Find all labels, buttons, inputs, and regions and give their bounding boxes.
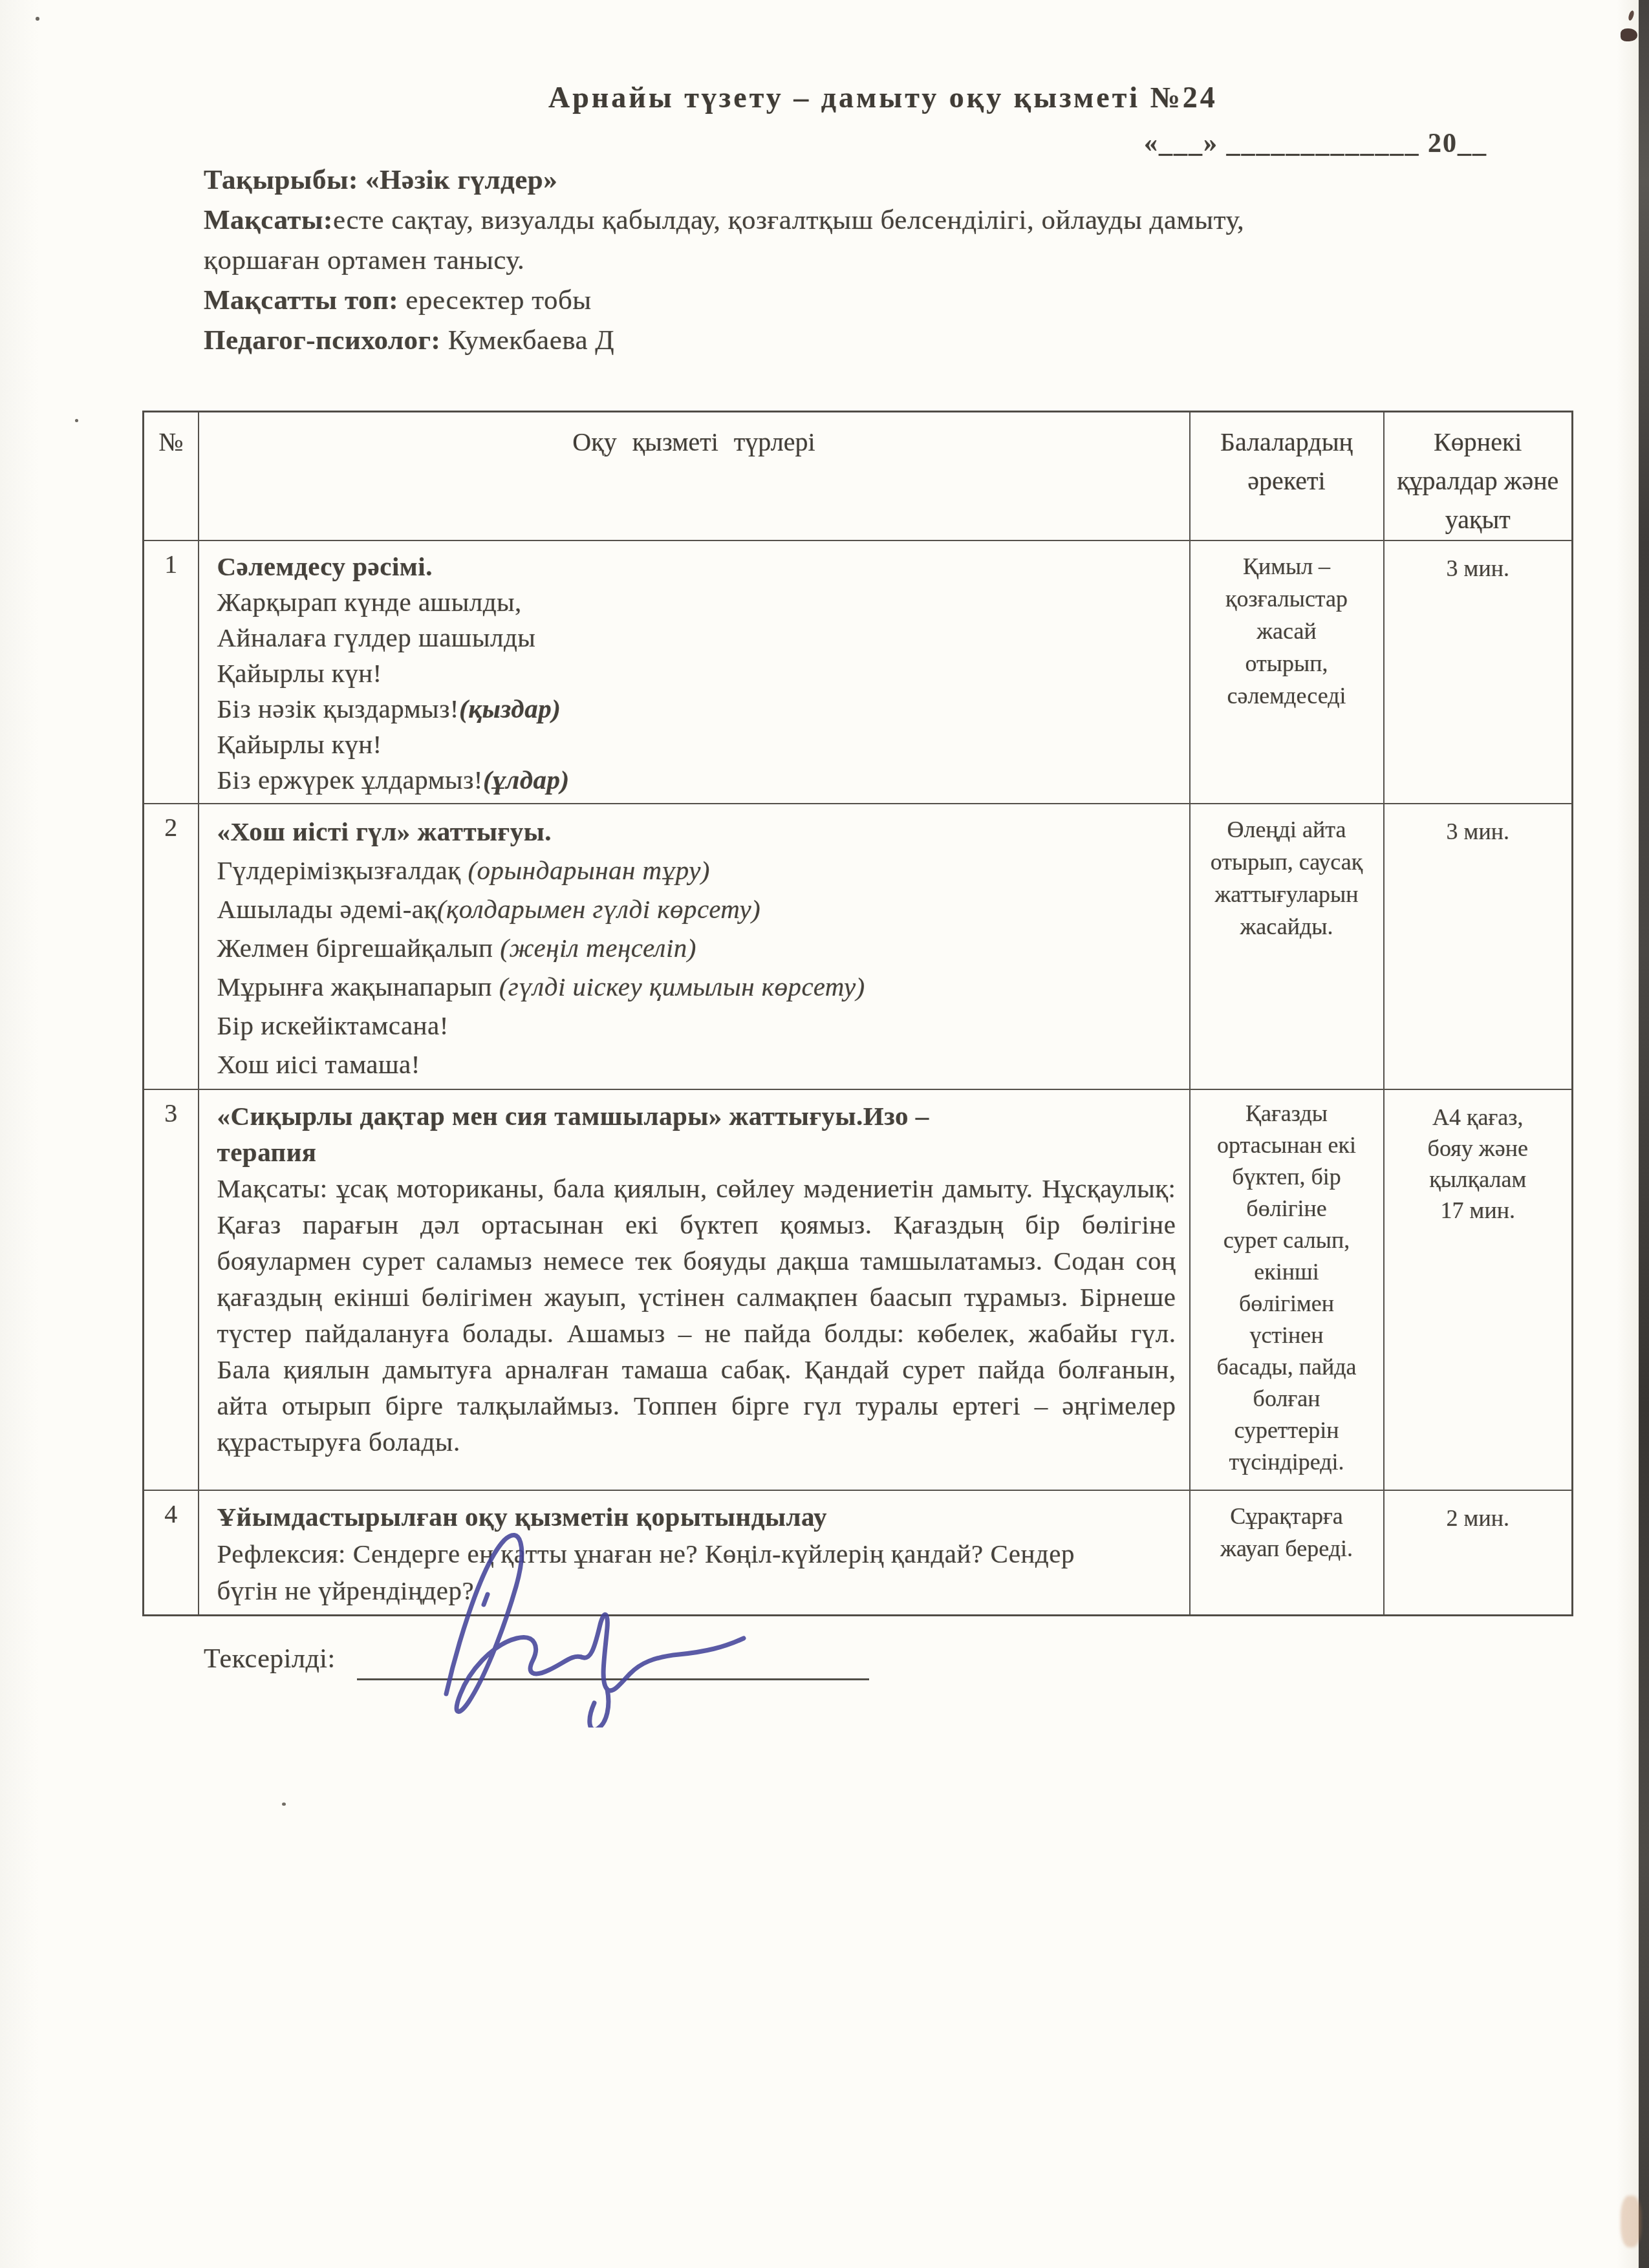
activity-cell: Сәлемдесу рәсімі. Жарқырап күнде ашылды,… [199, 540, 1190, 804]
meta-goal-label: Мақсаты: [204, 205, 333, 235]
activity-line: Гүлдерімізқызғалдақ (орындарынан тұру) [217, 851, 1176, 890]
children-action-cell: Сұрақтарғажауап береді. [1190, 1490, 1384, 1616]
activity-line: Бір искейіктамсана! [217, 1006, 1176, 1045]
visual-time-cell: 3 мин. [1384, 804, 1573, 1089]
handwritten-signature [406, 1527, 755, 1728]
activity-title: «Сиқырлы дақтар мен сия тамшылары» жатты… [217, 1098, 1176, 1134]
meta-psychologist-label: Педагог-психолог: [204, 325, 440, 356]
meta-psychologist-value: Кумекбаева Д [440, 325, 614, 356]
meta-goal-value-2: қоршаған ортамен танысу. [204, 245, 524, 275]
scan-speck [75, 419, 78, 422]
activity-line: Біз ержүрек ұлдармыз!(ұлдар) [217, 762, 1176, 798]
meta-topic: Тақырыбы: «Нәзік гүлдер» [204, 160, 1458, 200]
activity-title: Сәлемдесу рәсімі. [217, 549, 1176, 584]
table-row: 3 «Сиқырлы дақтар мен сия тамшылары» жат… [144, 1089, 1573, 1490]
meta-psychologist: Педагог-психолог: Кумекбаева Д [204, 321, 1458, 361]
date-blank-line: «___» _____________ 20__ [1144, 128, 1487, 159]
col-header-number: № [144, 412, 199, 541]
activity-line: Хош иісі тамаша! [217, 1045, 1176, 1084]
activity-title-continued: терапия [217, 1134, 1176, 1170]
meta-goal-continued: қоршаған ортамен танысу. [204, 241, 1458, 281]
scan-speck [36, 17, 39, 21]
lesson-activities-table: № Оқу қызметі түрлері Балалардың әрекеті… [142, 411, 1573, 1616]
meta-goal-value: есте сақтау, визуалды қабылдау, қозғалтқ… [333, 205, 1244, 235]
activity-title: «Хош иісті гүл» жаттығуы. [217, 812, 1176, 851]
lesson-meta-block: Тақырыбы: «Нәзік гүлдер» Мақсаты:есте са… [204, 160, 1458, 361]
visual-time-cell: 2 мин. [1384, 1490, 1573, 1616]
activity-cell: «Хош иісті гүл» жаттығуы. Гүлдерімізқызғ… [199, 804, 1190, 1089]
row-number: 4 [144, 1490, 199, 1616]
col-header-visual-aids: Көрнекі құралдар және уақыт [1384, 412, 1573, 541]
table-header-row: № Оқу қызметі түрлері Балалардың әрекеті… [144, 412, 1573, 541]
children-action-cell: Өлеңді айтаотырып, саусақжаттығуларынжас… [1190, 804, 1384, 1089]
scan-smudge [1621, 2196, 1641, 2247]
checked-by-label: Тексерілді: [204, 1643, 336, 1674]
scanner-edge-band [1639, 0, 1649, 2268]
meta-goal: Мақсаты:есте сақтау, визуалды қабылдау, … [204, 200, 1458, 241]
scan-speck [282, 1803, 286, 1806]
activity-line: Қайырлы күн! [217, 727, 1176, 762]
children-action-cell: Қимыл –қозғалыстаржасайотырып,сәлемдесед… [1190, 540, 1384, 804]
row-number: 3 [144, 1089, 199, 1490]
activity-line: Жарқырап күнде ашылды, [217, 584, 1176, 620]
scan-speck [1628, 10, 1635, 21]
activity-line: Қайырлы күн! [217, 656, 1176, 691]
col-header-activities: Оқу қызметі түрлері [199, 412, 1190, 541]
table-row: 1 Сәлемдесу рәсімі. Жарқырап күнде ашылд… [144, 540, 1573, 804]
visual-time-cell: А4 қағаз,бояу жәнеқылқалам17 мин. [1384, 1089, 1573, 1490]
meta-topic-value: «Нәзік гүлдер» [358, 165, 557, 195]
row-number: 1 [144, 540, 199, 804]
meta-target-group: Мақсатты топ: ересектер тобы [204, 281, 1458, 321]
activity-cell: «Сиқырлы дақтар мен сия тамшылары» жатты… [199, 1089, 1190, 1490]
activity-line: Мұрынға жақынапарып (гүлді иіскеу қимылы… [217, 967, 1176, 1006]
table-row: 2 «Хош иісті гүл» жаттығуы. Гүлдерімізқы… [144, 804, 1573, 1089]
scan-speck [1621, 28, 1637, 41]
col-header-children-action: Балалардың әрекеті [1190, 412, 1384, 541]
meta-topic-label: Тақырыбы: [204, 165, 358, 195]
activity-paragraph: Мақсаты: ұсақ моториканы, бала қиялын, с… [217, 1170, 1176, 1460]
meta-target-group-label: Мақсатты топ: [204, 285, 398, 316]
activity-line: Айналаға гүлдер шашылды [217, 620, 1176, 656]
visual-time-cell: 3 мин. [1384, 540, 1573, 804]
page-title: Арнайы түзету – дамыту оқу қызметі №24 [548, 80, 1218, 114]
children-action-cell: Қағаздыортасынан екібүктеп, бірбөлігінес… [1190, 1089, 1384, 1490]
activity-line: Желмен біргешайқалып (жеңіл теңселіп) [217, 928, 1176, 967]
meta-target-group-value: ересектер тобы [398, 285, 592, 316]
scanned-lesson-plan-page: Арнайы түзету – дамыту оқу қызметі №24 «… [0, 0, 1649, 2268]
row-number: 2 [144, 804, 199, 1089]
table-row: 4 Ұйымдастырылған оқу қызметін қорытынды… [144, 1490, 1573, 1616]
activity-line: Ашылады әдемі-ақ(қолдарымен гүлді көрсет… [217, 890, 1176, 928]
activity-line: Біз нәзік қыздармыз!(қыздар) [217, 691, 1176, 727]
